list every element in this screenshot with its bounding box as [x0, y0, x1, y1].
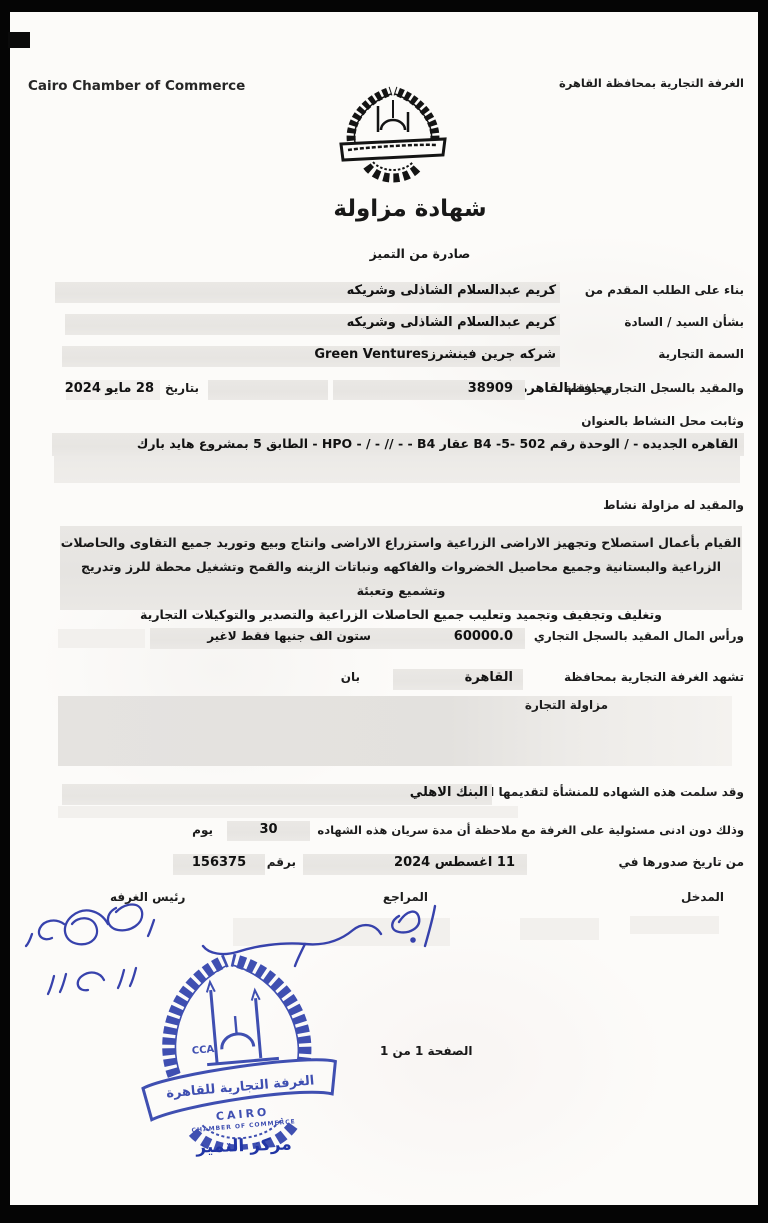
field-row-request: بناء على الطلب المقدم من كريم عبدالسلام …	[10, 280, 758, 304]
field-row-registry: والمقيد بالسجل التجاري برقم محافظة القاه…	[10, 378, 758, 402]
certificate-subtitle: صادرة من التميز	[340, 246, 500, 261]
scan-corner-artifact	[8, 32, 30, 48]
capital-number: 60000.0	[454, 629, 513, 644]
header-title-en: Cairo Chamber of Commerce	[28, 78, 245, 94]
activity-line: وتغليف وتجفيف وتجميد وتعليب جميع الحاصلا…	[60, 603, 742, 627]
capital-words: ستون الف جنيها فقط لاغير	[207, 629, 371, 643]
field-label: تشهد الغرفة التجارية بمحافظة	[564, 670, 744, 684]
highlight-strip-empty	[208, 380, 328, 400]
registry-number: 38909	[468, 381, 513, 396]
issue-number: 156375	[173, 855, 265, 870]
field-label: من تاريخ صدورها في	[618, 855, 744, 869]
field-row-issue: من تاريخ صدورها في 11 اغسطس 2024 برقم 15…	[10, 852, 758, 876]
highlight-strip-faint	[58, 806, 518, 818]
issue-date: 11 اغسطس 2024	[394, 855, 515, 870]
field-row-attestation: تشهد الغرفة التجارية بمحافظة القاهرة بان	[10, 667, 758, 691]
field-row-trade-name: السمة التجارية شركه جرين فينشرزGreen Ven…	[10, 344, 758, 368]
mosque-dome-icon	[381, 120, 405, 130]
governorate-value: القاهرة	[520, 381, 568, 396]
field-row-validity: وذلك دون ادنى مسئولية على الغرفة مع ملاح…	[10, 820, 758, 844]
stamp-center-label: مركز التميز	[174, 1134, 315, 1159]
field-label: بشأن السيد / السادة	[624, 315, 744, 329]
governorate-label: محافظة	[565, 381, 612, 395]
field-value: كريم عبدالسلام الشاذلى وشريكه	[347, 283, 556, 298]
mosque-dome-icon	[221, 1033, 254, 1050]
field-label: وقد سلمت هذه الشهاده للمنشأة لتقديمها ال…	[474, 785, 744, 799]
field-label: ورأس المال المقيد بالسجل التجاري	[534, 629, 744, 643]
activity-paragraph: القيام بأعمال استصلاح وتجهيز الاراضى الز…	[60, 526, 742, 610]
trade-practice-area	[58, 696, 732, 766]
highlight-strip-faint	[58, 629, 145, 648]
chamber-stamp-blue: CCA الغرفة التجارية للقاهرة CAIRO CHAMBE…	[118, 941, 357, 1160]
certificate-title: شهادة مزاولة	[310, 196, 510, 222]
wheat-arch-right-icon	[232, 954, 306, 1069]
scanned-certificate: { "header": { "en_title": "Cairo Chamber…	[0, 0, 768, 1223]
page-number-label: الصفحة 1 من 1	[380, 1044, 473, 1058]
registry-date: 28 مايو 2024	[65, 381, 154, 396]
wheat-arch-left-icon	[351, 91, 391, 148]
field-row-delivered: وقد سلمت هذه الشهاده للمنشأة لتقديمها ال…	[10, 782, 758, 822]
wheat-arch-left-icon	[161, 961, 235, 1076]
field-label: وذلك دون ادنى مسئولية على الغرفة مع ملاح…	[317, 823, 744, 837]
minaret-icon	[256, 998, 261, 1058]
address-heading: وثابت محل النشاط بالعنوان	[581, 414, 744, 428]
date-label: بتاريخ	[165, 381, 199, 395]
address-value: القاهره الجديده - / الوحدة رقم 502 -5- B…	[137, 436, 738, 451]
field-label: السمة التجارية	[658, 347, 744, 361]
field-row-concerning: بشأن السيد / السادة كريم عبدالسلام الشاذ…	[10, 312, 758, 336]
activity-line: القيام بأعمال استصلاح وتجهيز الاراضى الز…	[60, 531, 742, 555]
trade-practice-label: مزاولة التجارة	[525, 698, 608, 712]
attestation-that: بان	[341, 670, 360, 684]
chamber-emblem-black	[323, 86, 463, 186]
field-label: بناء على الطلب المقدم من	[585, 283, 744, 297]
field-value: كريم عبدالسلام الشاذلى وشريكه	[347, 315, 556, 330]
validity-days: 30	[227, 822, 310, 837]
field-row-capital: ورأس المال المقيد بالسجل التجاري 60000.0…	[10, 626, 758, 650]
field-value: شركه جرين فينشرزGreen Ventures	[314, 347, 556, 362]
trade-name-english: Green Ventures	[314, 347, 428, 362]
entry-clerk-label: المدخل	[681, 890, 724, 904]
highlight-strip-faint	[520, 918, 599, 940]
delivered-value: البنك الاهلي	[410, 785, 488, 800]
document-page: Cairo Chamber of Commerce الغرفة التجاري…	[10, 12, 758, 1205]
issue-number-label: برقم	[267, 855, 296, 869]
header-title-ar: الغرفة التجارية بمحافظة القاهرة	[559, 76, 744, 90]
activity-line: الزراعية والبستانية وجميع محاصيل الخضروا…	[60, 555, 742, 603]
gear-arc-icon	[367, 166, 419, 178]
attestation-value: القاهرة	[465, 670, 513, 685]
stamp-cca-text: CCA	[191, 1044, 215, 1057]
address-highlight-lower	[54, 456, 740, 483]
highlight-strip-faint	[630, 916, 719, 934]
validity-unit: يوم	[192, 823, 213, 837]
trade-name-arabic: شركه جرين فينشرز	[429, 347, 556, 362]
activity-heading: والمقيد له مزاولة نشاط	[603, 498, 744, 512]
